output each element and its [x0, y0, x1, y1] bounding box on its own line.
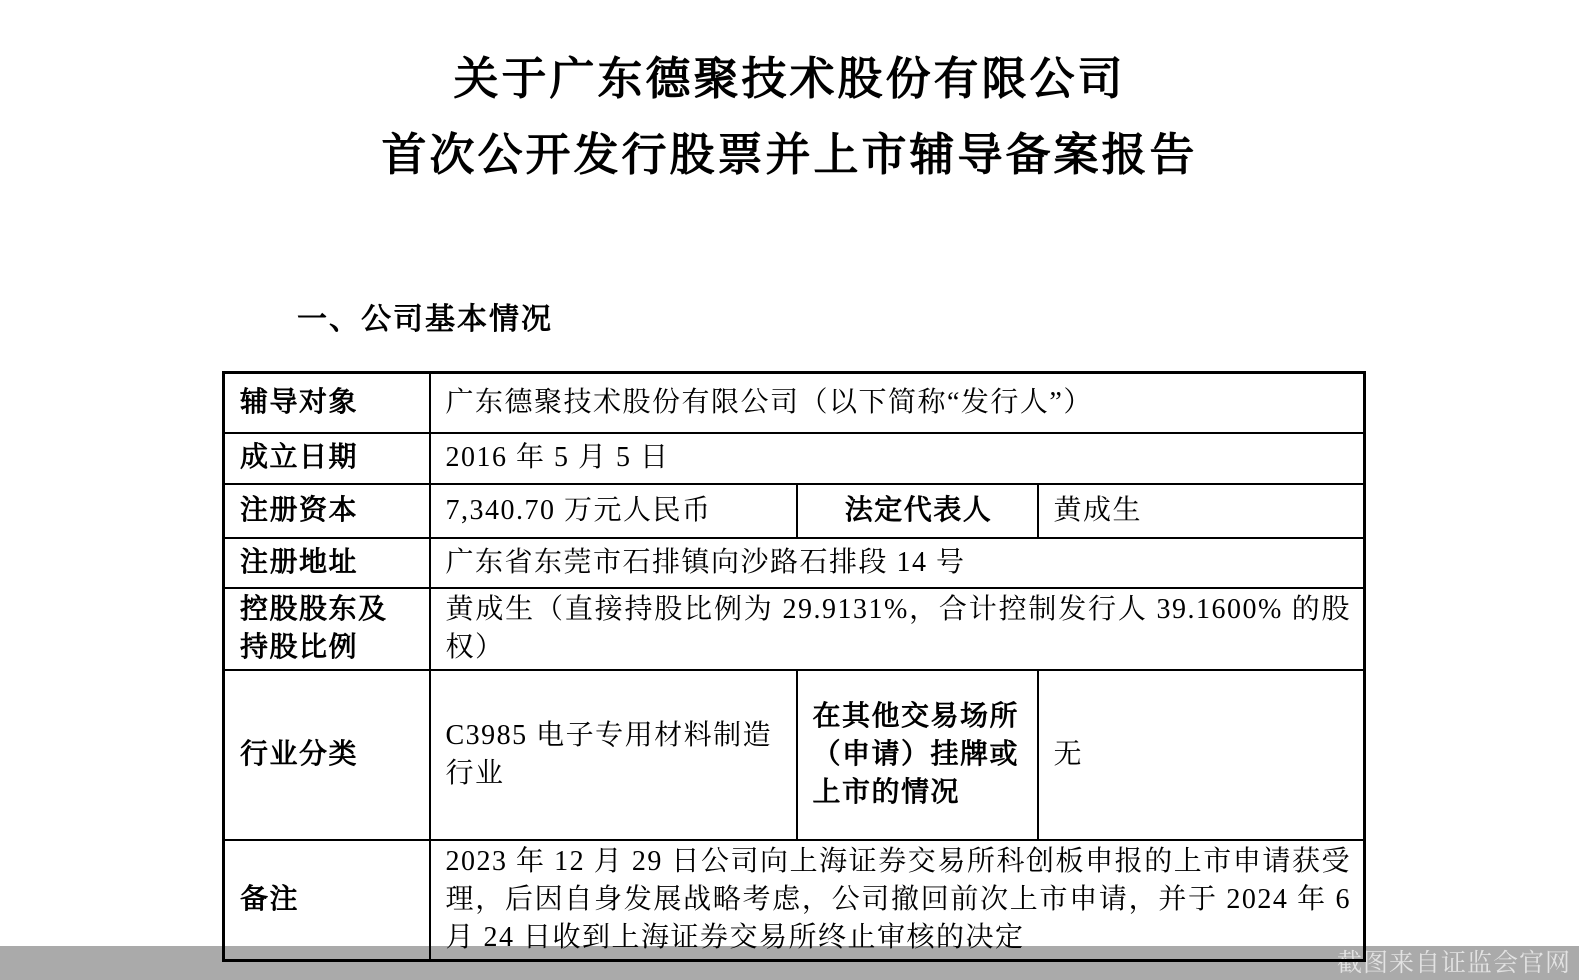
registered-address-label: 注册地址: [224, 538, 430, 588]
other-listing-status-value: 无: [1038, 670, 1365, 840]
remarks-label: 备注: [224, 840, 430, 961]
row-registered-capital: 注册资本 7,340.70 万元人民币 法定代表人 黄成生: [224, 484, 1365, 538]
doc-title-line2: 首次公开发行股票并上市辅导备案报告: [0, 118, 1579, 183]
controlling-shareholder-label: 控股股东及持股比例: [224, 588, 430, 670]
registered-capital-label: 注册资本: [224, 484, 430, 538]
controlling-shareholder-value: 黄成生（直接持股比例为 29.9131%，合计控制发行人 39.1600% 的股…: [430, 588, 1365, 670]
industry-classification-label: 行业分类: [224, 670, 430, 840]
legal-representative-label: 法定代表人: [797, 484, 1038, 538]
row-remarks: 备注 2023 年 12 月 29 日公司向上海证券交易所科创板申报的上市申请获…: [224, 840, 1365, 961]
establishment-date-label: 成立日期: [224, 433, 430, 484]
row-registered-address: 注册地址 广东省东莞市石排镇向沙路石排段 14 号: [224, 538, 1365, 588]
watermark-text: 截图来自证监会官网: [1337, 947, 1571, 979]
establishment-date-value: 2016 年 5 月 5 日: [430, 433, 1365, 484]
other-listing-status-label: 在其他交易场所（申请）挂牌或上市的情况: [797, 670, 1038, 840]
remarks-value: 2023 年 12 月 29 日公司向上海证券交易所科创板申报的上市申请获受理，…: [430, 840, 1365, 961]
registered-address-value: 广东省东莞市石排镇向沙路石排段 14 号: [430, 538, 1365, 588]
industry-classification-value: C3985 电子专用材料制造行业: [430, 670, 797, 840]
guidance-target-value: 广东德聚技术股份有限公司（以下简称“发行人”）: [430, 373, 1365, 433]
document-page: 关于广东德聚技术股份有限公司 首次公开发行股票并上市辅导备案报告 一、公司基本情…: [0, 0, 1579, 980]
company-info-table: 辅导对象 广东德聚技术股份有限公司（以下简称“发行人”） 成立日期 2016 年…: [222, 371, 1366, 962]
section-heading-company-basic-info: 一、公司基本情况: [297, 294, 553, 338]
row-guidance-target: 辅导对象 广东德聚技术股份有限公司（以下简称“发行人”）: [224, 373, 1365, 433]
row-establishment-date: 成立日期 2016 年 5 月 5 日: [224, 433, 1365, 484]
row-controlling-shareholder: 控股股东及持股比例 黄成生（直接持股比例为 29.9131%，合计控制发行人 3…: [224, 588, 1365, 670]
registered-capital-value: 7,340.70 万元人民币: [430, 484, 797, 538]
legal-representative-value: 黄成生: [1038, 484, 1365, 538]
doc-title-line1: 关于广东德聚技术股份有限公司: [0, 42, 1579, 107]
guidance-target-label: 辅导对象: [224, 373, 430, 433]
row-industry-classification: 行业分类 C3985 电子专用材料制造行业 在其他交易场所（申请）挂牌或上市的情…: [224, 670, 1365, 840]
